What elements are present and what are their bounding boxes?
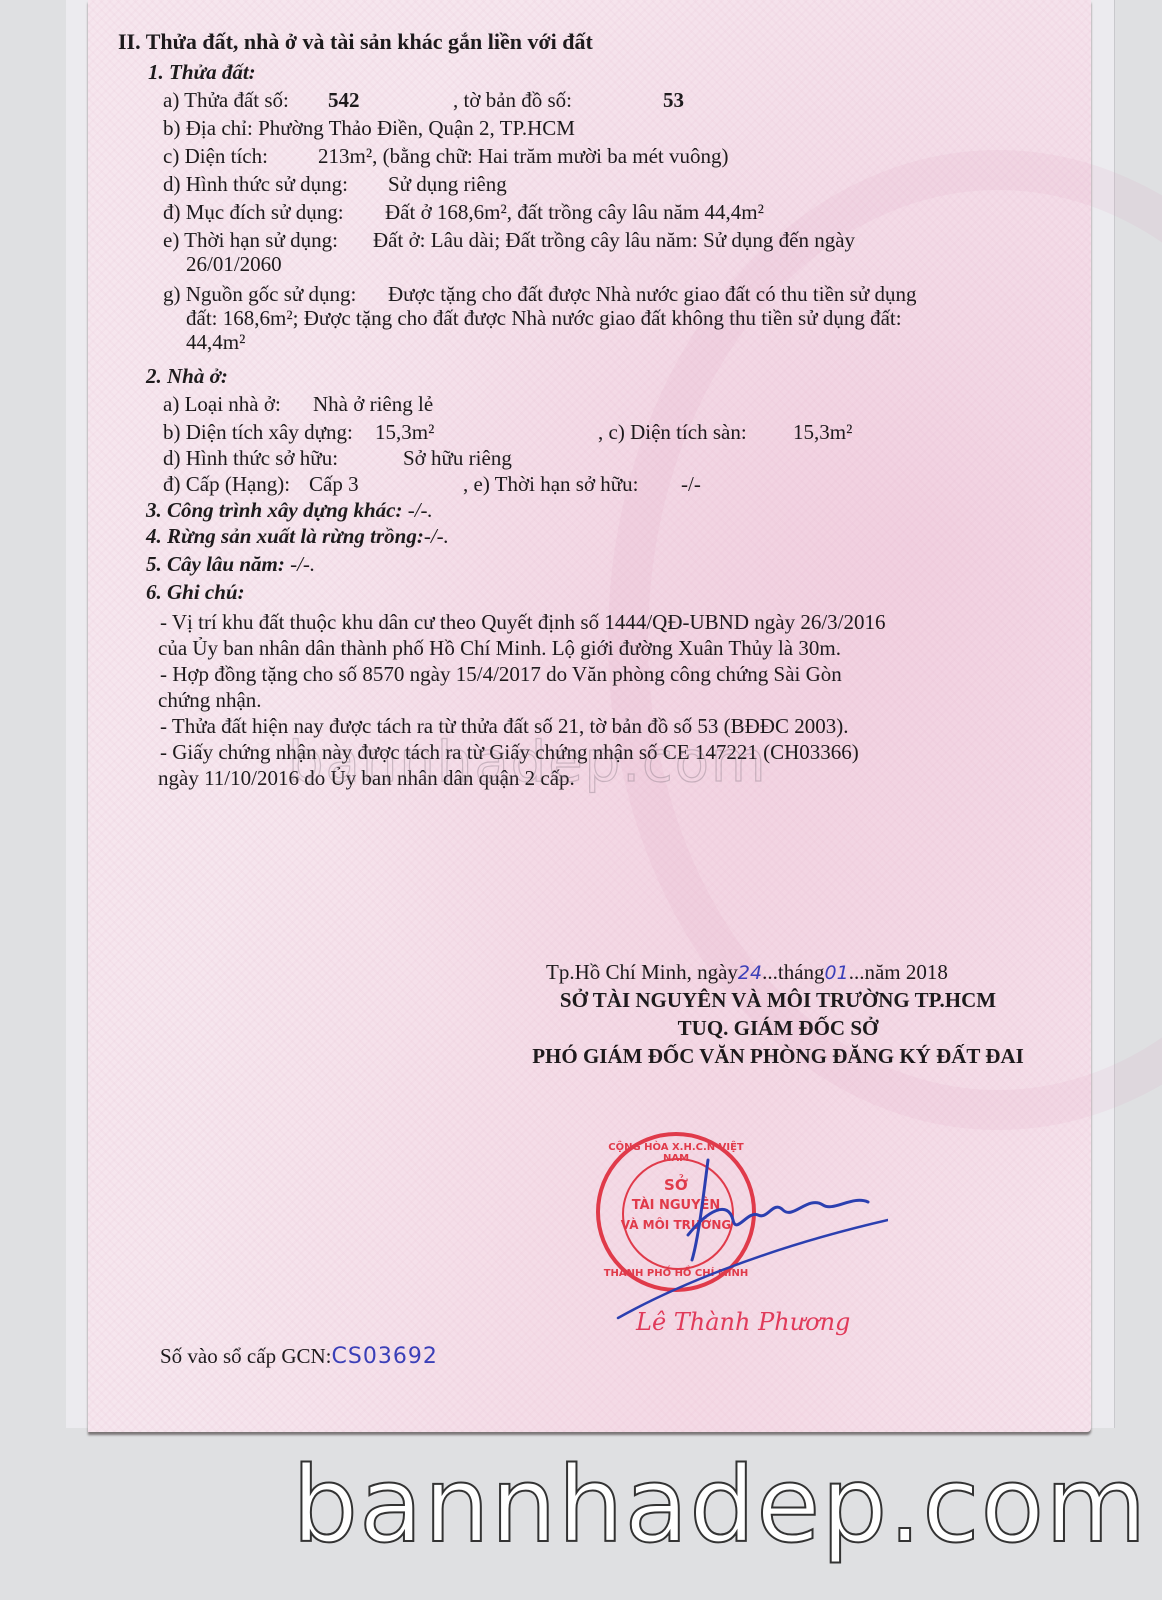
term-label: e) Thời hạn sử dụng: (163, 228, 338, 252)
built-area-label: b) Diện tích xây dựng: (163, 420, 353, 444)
seal-line-2: TÀI NGUYÊN (600, 1198, 752, 1213)
signing-month-prefix: ...tháng (762, 960, 824, 984)
forest-row: 4. Rừng sản xuất là rừng trồng:-/-. (146, 524, 449, 548)
built-area-row: b) Diện tích xây dựng: 15,3m² , c) Diện … (163, 420, 353, 444)
ownership-term-value: -/- (681, 472, 701, 496)
other-construction-value: -/-. (402, 498, 432, 522)
signing-day: 24 (738, 962, 762, 984)
signer-role-2: PHÓ GIÁM ĐỐC VĂN PHÒNG ĐĂNG KÝ ĐẤT ĐAI (488, 1044, 1068, 1069)
area-label: c) Diện tích: (163, 144, 268, 168)
note-line: ngày 11/10/2016 do Ủy ban nhân dân quận … (158, 766, 575, 790)
term-value-line1: Đất ở: Lâu dài; Đất trồng cây lâu năm: S… (373, 228, 855, 252)
ownership-label: d) Hình thức sở hữu: (163, 446, 338, 470)
grade-label: đ) Cấp (Hạng): (163, 472, 290, 496)
built-area-value: 15,3m² (375, 420, 434, 444)
house-type-label: a) Loại nhà ở: (163, 392, 281, 416)
term-row: e) Thời hạn sử dụng: Đất ở: Lâu dài; Đất… (163, 228, 338, 252)
origin-row: g) Nguồn gốc sử dụng: Được tặng cho đất … (163, 282, 356, 306)
house-heading: 2. Nhà ở: (146, 364, 228, 388)
perennial-trees-value: -/-. (285, 552, 315, 576)
notes-heading: 6. Ghi chú: (146, 580, 245, 604)
area-row: c) Diện tích: 213m², (bằng chữ: Hai trăm… (163, 144, 268, 168)
forest-value: -/-. (424, 524, 449, 548)
land-heading: 1. Thửa đất: (148, 60, 256, 84)
floor-area-value: 15,3m² (793, 420, 852, 444)
grade-row: đ) Cấp (Hạng): Cấp 3 , e) Thời hạn sở hữ… (163, 472, 290, 496)
term-value-line2: 26/01/2060 (186, 252, 282, 276)
signing-date: Tp.Hồ Chí Minh, ngày24...tháng01...năm 2… (546, 960, 948, 985)
address-row: b) Địa chỉ: Phường Thảo Điền, Quận 2, TP… (163, 116, 575, 140)
note-line: của Ủy ban nhân dân thành phố Hồ Chí Min… (158, 636, 841, 660)
signer-name: Lê Thành Phương (636, 1308, 850, 1336)
seal-line-3: VÀ MÔI TRƯỜNG (600, 1218, 752, 1232)
note-line: - Giấy chứng nhận này được tách ra từ Gi… (160, 740, 859, 764)
map-sheet-label: , tờ bản đồ số: (453, 88, 572, 112)
usage-form-value: Sử dụng riêng (388, 172, 507, 196)
ownership-row: d) Hình thức sở hữu: Sở hữu riêng (163, 446, 338, 470)
note-line: chứng nhận. (158, 688, 262, 712)
issuing-org: SỞ TÀI NGUYÊN VÀ MÔI TRƯỜNG TP.HCM (528, 988, 1028, 1013)
official-seal: CỘNG HÒA X.H.C.N VIỆT NAM SỞ TÀI NGUYÊN … (596, 1132, 756, 1292)
house-type-value: Nhà ở riêng lẻ (313, 392, 433, 416)
parcel-row: a) Thửa đất số: 542 , tờ bản đồ số: 53 (163, 88, 289, 112)
purpose-value: Đất ở 168,6m², đất trồng cây lâu năm 44,… (385, 200, 764, 224)
signing-month: 01 (825, 962, 849, 984)
area-value: 213m², (bằng chữ: Hai trăm mười ba mét v… (318, 144, 729, 168)
forest-label: 4. Rừng sản xuất là rừng trồng: (146, 524, 424, 548)
other-construction-label: 3. Công trình xây dựng khác: (146, 498, 402, 522)
floor-area-label: , c) Diện tích sàn: (598, 420, 747, 444)
seal-ring-bottom: THÀNH PHỐ HỒ CHÍ MINH (600, 1268, 752, 1279)
grade-value: Cấp 3 (309, 472, 359, 496)
ownership-term-label: , e) Thời hạn sở hữu: (463, 472, 639, 496)
site-watermark: bannhadep.com (292, 1444, 1147, 1566)
section-title: II. Thửa đất, nhà ở và tài sản khác gắn … (118, 30, 593, 54)
registry-number: CS03692 (332, 1344, 438, 1369)
signing-place: Tp.Hồ Chí Minh, ngày (546, 960, 738, 984)
purpose-label: đ) Mục đích sử dụng: (163, 200, 344, 224)
perennial-trees-label: 5. Cây lâu năm: (146, 552, 285, 576)
address-label: b) Địa chỉ: (163, 116, 253, 140)
note-line: - Hợp đồng tặng cho số 8570 ngày 15/4/20… (160, 662, 842, 686)
seal-inner-ring (622, 1158, 734, 1270)
seal-line-1: SỞ (600, 1176, 752, 1194)
certificate-page: II. Thửa đất, nhà ở và tài sản khác gắn … (88, 0, 1091, 1432)
origin-value-line3: 44,4m² (186, 330, 245, 354)
note-line: - Vị trí khu đất thuộc khu dân cư theo Q… (160, 610, 886, 634)
signing-year: ...năm 2018 (849, 960, 948, 984)
signer-role-1: TUQ. GIÁM ĐỐC SỞ (528, 1016, 1028, 1041)
usage-form-row: d) Hình thức sử dụng: Sử dụng riêng (163, 172, 348, 196)
parcel-number: 542 (328, 88, 360, 112)
map-sheet-number: 53 (663, 88, 684, 112)
house-type-row: a) Loại nhà ở: Nhà ở riêng lẻ (163, 392, 281, 416)
parcel-label: a) Thửa đất số: (163, 88, 289, 112)
perennial-trees-row: 5. Cây lâu năm: -/-. (146, 552, 315, 576)
registry-row: Số vào sổ cấp GCN:CS03692 (160, 1344, 438, 1369)
origin-value-line2: đất: 168,6m²; Được tặng cho đất được Nhà… (186, 306, 902, 330)
ownership-value: Sở hữu riêng (403, 446, 512, 470)
note-line: - Thửa đất hiện nay được tách ra từ thửa… (160, 714, 848, 738)
address-value: Phường Thảo Điền, Quận 2, TP.HCM (258, 116, 575, 140)
origin-value-line1: Được tặng cho đất được Nhà nước giao đất… (388, 282, 916, 306)
registry-label: Số vào sổ cấp GCN: (160, 1344, 332, 1368)
origin-label: g) Nguồn gốc sử dụng: (163, 282, 356, 306)
usage-form-label: d) Hình thức sử dụng: (163, 172, 348, 196)
purpose-row: đ) Mục đích sử dụng: Đất ở 168,6m², đất … (163, 200, 344, 224)
other-construction-row: 3. Công trình xây dựng khác: -/-. (146, 498, 433, 522)
